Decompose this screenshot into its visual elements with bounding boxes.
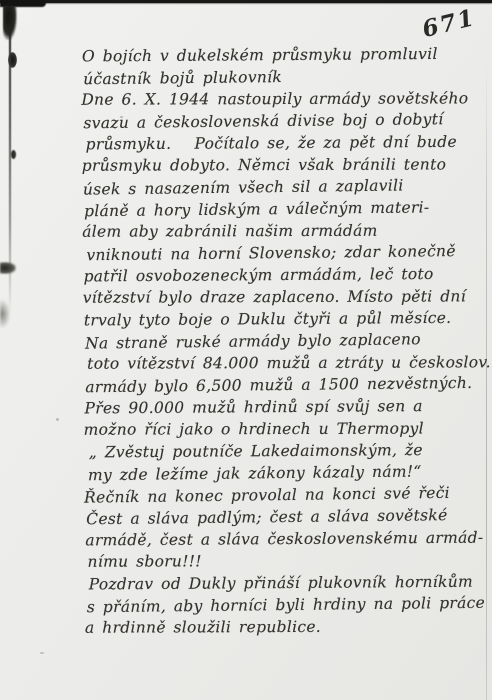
text-line: nímu sboru!!! — [87, 549, 491, 572]
text-line: Čest a sláva padlým; čest a sláva sověts… — [86, 504, 491, 531]
manuscript-page: 671 O bojích v dukelském průsmyku promlu… — [0, 0, 492, 700]
binding-smudge — [0, 300, 10, 328]
text-line: pláně a hory lidským a válečným materi- — [84, 196, 489, 223]
binding-ink-dot — [11, 150, 16, 159]
text-line: svazu a československá divise boj o doby… — [83, 108, 488, 135]
text-line: s přáním, aby horníci byli hrdiny na pol… — [87, 592, 492, 619]
paper-speck — [56, 418, 59, 421]
text-line: průsmyku. Počítalo se, že za pět dní bud… — [86, 131, 489, 156]
scan-top-edge — [0, 0, 492, 3]
page-number: 671 — [420, 4, 479, 43]
text-line: vítězství bylo draze zaplaceno. Místo pě… — [83, 285, 490, 308]
text-line: álem aby zabránili našim armádám — [82, 219, 489, 242]
paper-speck — [40, 652, 44, 654]
text-line: armádě, čest a sláva československému ar… — [85, 527, 491, 552]
text-line: možno říci jako o hrdinech u Thermopyl — [84, 417, 491, 440]
binding-smudge — [0, 262, 16, 274]
text-line: Dne 6. X. 1944 nastoupily armády sovětsk… — [81, 87, 488, 110]
text-line: armády bylo 6,500 mužů a 1500 nezvěstnýc… — [85, 372, 490, 399]
text-line: Přes 90.000 mužů hrdinů spí svůj sen a — [84, 395, 490, 420]
text-line: toto vítězství 84.000 mužů a ztráty u če… — [87, 351, 490, 374]
text-line: účastník bojů plukovník — [83, 64, 488, 91]
text-line: patřil osvobozeneckým armádám, leč toto — [83, 263, 489, 288]
manuscript-text: O bojích v dukelském průsmyku promluvilú… — [82, 43, 492, 640]
text-line: a hrdinně sloužili republice. — [85, 615, 492, 638]
text-line: vniknouti na horní Slovensko; zdar koneč… — [86, 240, 489, 267]
